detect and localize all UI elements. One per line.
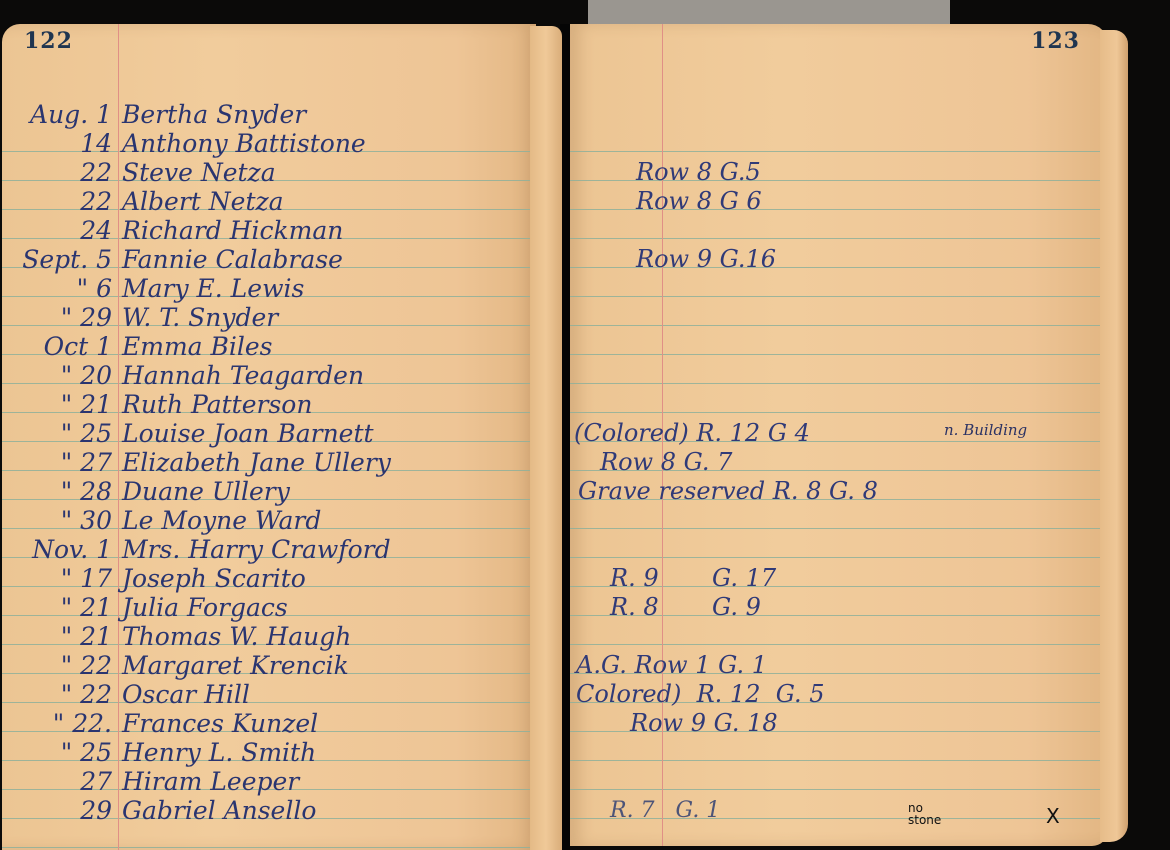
entry-date: 14	[2, 129, 112, 158]
entry-name: Bertha Snyder	[122, 100, 306, 129]
entry-date: " 22	[2, 680, 112, 709]
entry-date: 29	[2, 796, 112, 825]
entry-date: " 21	[2, 622, 112, 651]
entry-date: " 28	[2, 477, 112, 506]
entry-name: Mrs. Harry Crawford	[122, 535, 391, 564]
entry-name: Anthony Battistone	[122, 129, 366, 158]
grave-location-note: A.G. Row 1 G. 1	[576, 651, 767, 680]
entry-name: Mary E. Lewis	[122, 274, 304, 303]
entry-date: Nov. 1	[2, 535, 112, 564]
entry-name: Julia Forgacs	[122, 593, 288, 622]
grave-location-note: Row 8 G. 7	[600, 448, 732, 477]
check-mark: X	[1046, 802, 1060, 831]
entry-date: " 30	[2, 506, 112, 535]
grave-location-note: Colored) R. 12 G. 5	[576, 680, 825, 709]
page-edge	[530, 26, 562, 850]
entry-date: Aug. 1	[2, 100, 112, 129]
entry-date: " 21	[2, 390, 112, 419]
entry-date: " 17	[2, 564, 112, 593]
entry-name: Albert Netza	[122, 187, 284, 216]
grave-location-note: R. 7 G. 1	[610, 796, 720, 825]
entry-name: Margaret Krencik	[122, 651, 349, 680]
grave-location-note: Row 9 G. 18	[630, 709, 778, 738]
entry-date: " 29	[2, 303, 112, 332]
entry-name: Frances Kunzel	[122, 709, 318, 738]
entry-name: Gabriel Ansello	[122, 796, 316, 825]
ledger-page-right: 123 Row 8 G.5 Row 8 G 6 Row 9 G.16 (Colo…	[570, 24, 1108, 846]
page-number: 122	[24, 28, 73, 54]
grave-location-note: Row 8 G 6	[636, 187, 762, 216]
entry-name: Ruth Patterson	[122, 390, 312, 419]
entry-name: Fannie Calabrase	[122, 245, 343, 274]
entry-name: Elizabeth Jane Ullery	[122, 448, 391, 477]
grave-location-note: R. 8 G. 9	[610, 593, 761, 622]
grave-location-note: Grave reserved R. 8 G. 8	[578, 477, 878, 506]
grave-location-note: R. 9 G. 17	[610, 564, 776, 593]
entry-name: Joseph Scarito	[122, 564, 306, 593]
page-number: 123	[1031, 28, 1080, 54]
entry-name: Duane Ullery	[122, 477, 290, 506]
entry-date: " 27	[2, 448, 112, 477]
margin-line	[118, 24, 119, 850]
entry-date: Sept. 5	[2, 245, 112, 274]
entry-date: " 6	[2, 274, 112, 303]
entry-name: Steve Netza	[122, 158, 276, 187]
entry-name: Henry L. Smith	[122, 738, 316, 767]
entry-name: Hiram Leeper	[122, 767, 299, 796]
entry-name: Hannah Teagarden	[122, 361, 364, 390]
background-strip	[588, 0, 950, 24]
aside-note: no stone	[908, 802, 960, 826]
entry-date: " 20	[2, 361, 112, 390]
entry-date: " 25	[2, 738, 112, 767]
entry-name: Emma Biles	[122, 332, 273, 361]
entry-date: " 22.	[2, 709, 112, 738]
grave-location-note: (Colored) R. 12 G 4	[574, 419, 810, 448]
entry-date: " 25	[2, 419, 112, 448]
entry-date: " 21	[2, 593, 112, 622]
entry-date: Oct 1	[2, 332, 112, 361]
entry-date: 22	[2, 158, 112, 187]
page-edge	[1100, 30, 1128, 842]
entry-name: Thomas W. Haugh	[122, 622, 351, 651]
entry-date: " 22	[2, 651, 112, 680]
entry-date: 22	[2, 187, 112, 216]
entry-name: Richard Hickman	[122, 216, 343, 245]
grave-location-note: Row 8 G.5	[636, 158, 761, 187]
entry-name: Louise Joan Barnett	[122, 419, 374, 448]
entry-date: 24	[2, 216, 112, 245]
aside-note: n. Building	[944, 416, 1027, 445]
entry-date: 27	[2, 767, 112, 796]
entry-name: W. T. Snyder	[122, 303, 278, 332]
entry-name: Oscar Hill	[122, 680, 250, 709]
ledger-page-left: 122 Aug. 1 Bertha Snyder 14 Anthony Batt…	[2, 24, 536, 850]
entry-name: Le Moyne Ward	[122, 506, 321, 535]
grave-location-note: Row 9 G.16	[636, 245, 776, 274]
